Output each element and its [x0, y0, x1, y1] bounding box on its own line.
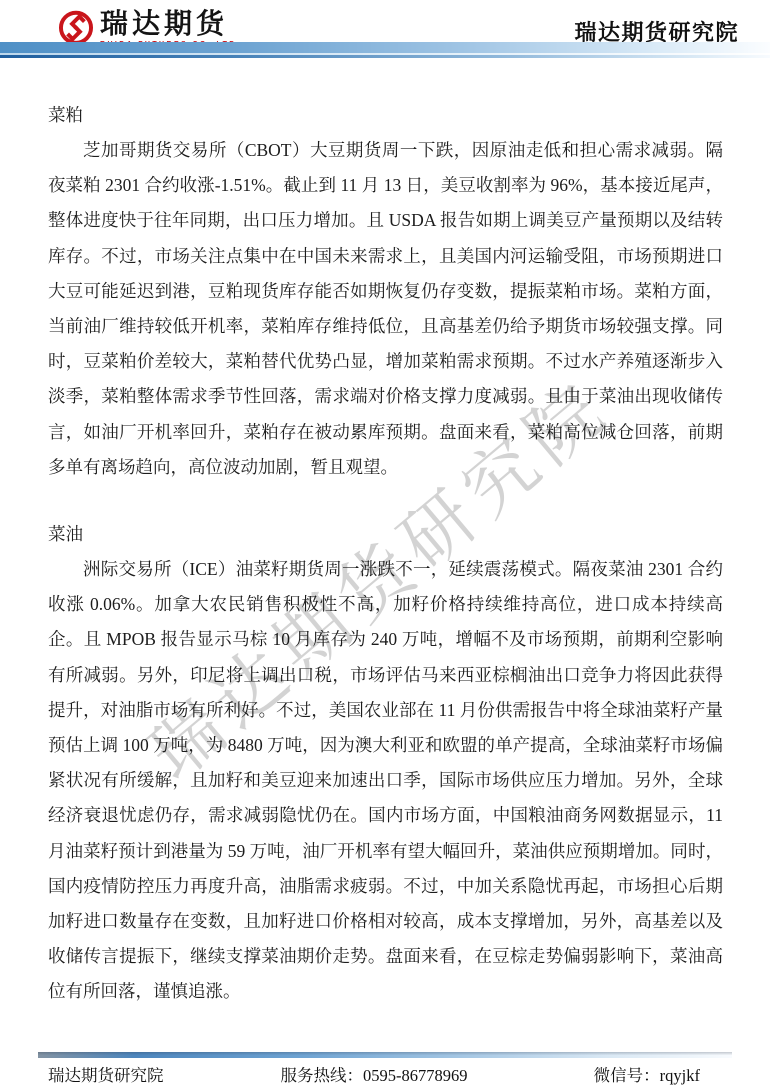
footer-gradient-rule — [38, 1052, 732, 1058]
section-title: 菜油 — [48, 517, 723, 552]
gradient-bar-main — [0, 42, 770, 53]
footer-wechat-label: 微信号： — [594, 1066, 660, 1085]
footer-wechat-id: rqyjkf — [660, 1066, 700, 1085]
footer-hotline: 服务热线：0595-86778969 — [265, 1062, 482, 1086]
section-rapeseed-meal: 菜粕 芝加哥期货交易所（CBOT）大豆期货周一下跌，因原油走低和担心需求减弱。隔… — [48, 98, 723, 485]
footer-org-name: 瑞达期货研究院 — [48, 1062, 265, 1086]
section-title: 菜粕 — [48, 98, 723, 133]
section-paragraph: 洲际交易所（ICE）油菜籽期货周一涨跌不一，延续震荡模式。隔夜菜油 2301 合… — [48, 552, 723, 1010]
report-page: 瑞达期货 RUIDA FUTURES CO.,LTD. 瑞达期货研究院 瑞达期货… — [0, 0, 770, 1090]
footer-hotline-number: 0595-86778969 — [363, 1066, 468, 1085]
gradient-bar-dark-line — [0, 55, 770, 58]
footer-hotline-label: 服务热线： — [280, 1066, 363, 1085]
footer: 瑞达期货研究院 服务热线：0595-86778969 微信号：rqyjkf — [48, 1062, 700, 1086]
section-paragraph: 芝加哥期货交易所（CBOT）大豆期货周一下跌，因原油走低和担心需求减弱。隔夜菜粕… — [48, 133, 723, 485]
footer-wechat: 微信号：rqyjkf — [483, 1062, 700, 1086]
section-rapeseed-oil: 菜油 洲际交易所（ICE）油菜籽期货周一涨跌不一，延续震荡模式。隔夜菜油 230… — [48, 517, 723, 1010]
ruida-logo-icon — [57, 7, 95, 47]
header-gradient-bar — [0, 42, 770, 58]
report-content: 菜粕 芝加哥期货交易所（CBOT）大豆期货周一下跌，因原油走低和担心需求减弱。隔… — [48, 98, 723, 1010]
logo-company-name: 瑞达期货 — [100, 7, 241, 40]
